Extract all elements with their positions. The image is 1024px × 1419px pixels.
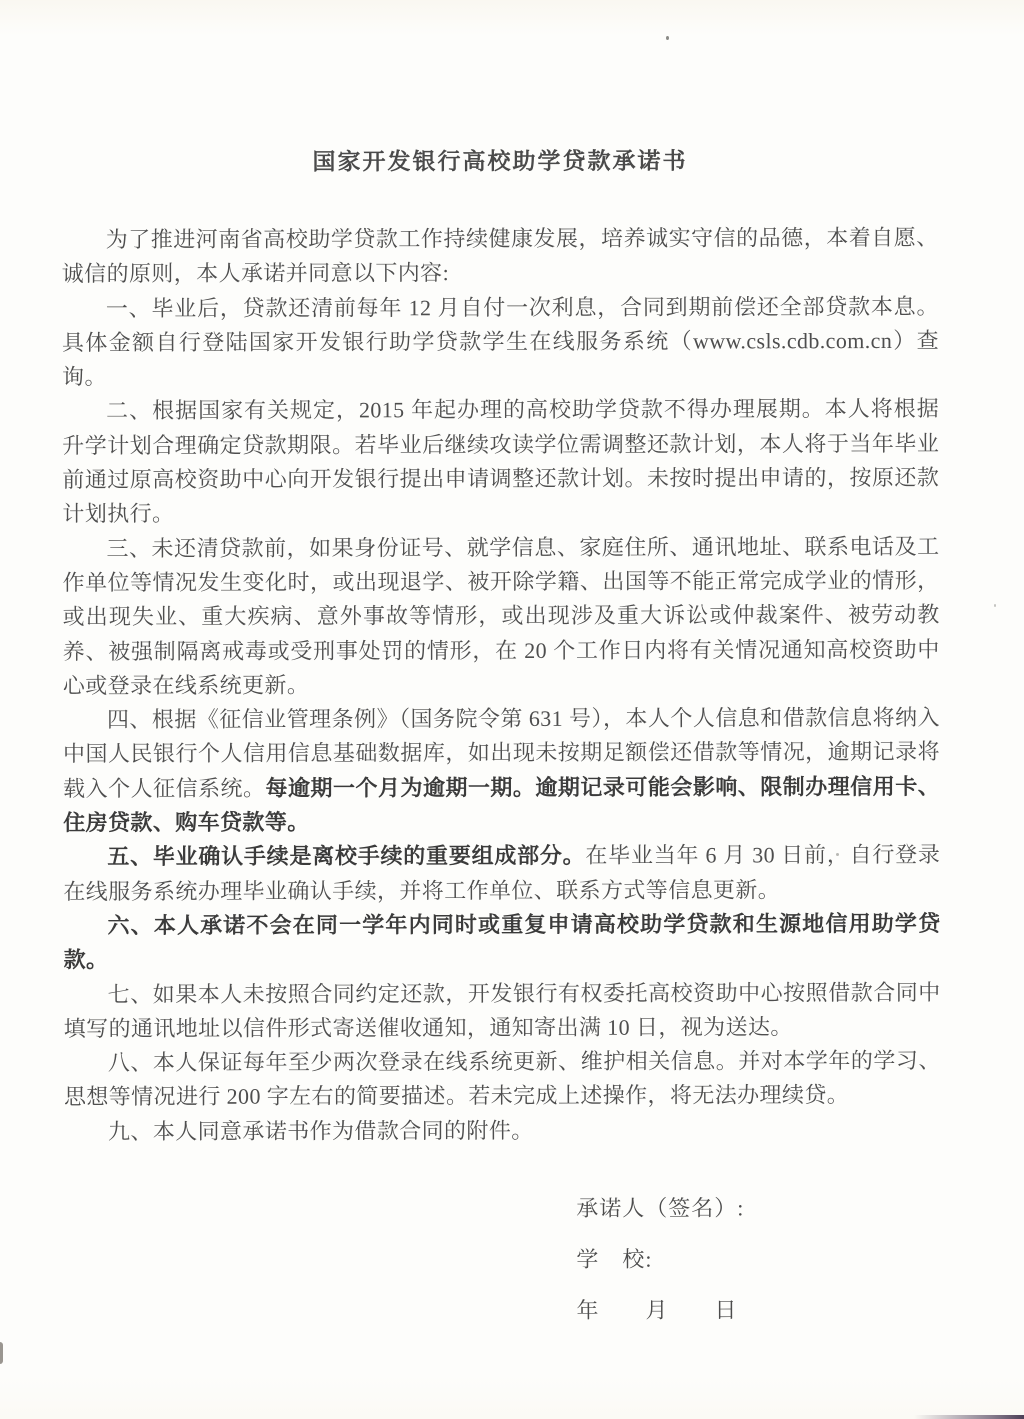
commitment-item: 一、毕业后，贷款还清前每年 12 月自付一次利息，合同到期前偿还全部贷款本息。具…	[62, 289, 939, 394]
scan-speck	[994, 604, 996, 607]
commitment-item: 五、毕业确认手续是离校手续的重要组成部分。在毕业当年 6 月 30 日前，自行登…	[63, 838, 940, 909]
commitment-item: 七、如果本人未按照合同约定还款，开发银行有权委托高校资助中心按照借款合同中填写的…	[64, 975, 941, 1046]
commitment-item: 六、本人承诺不会在同一学年内同时或重复申请高校助学贷款和生源地信用助学贷款。	[63, 907, 940, 978]
date-label: 年 月 日	[576, 1293, 941, 1328]
intro-paragraph: 为了推进河南省高校助学贷款工作持续健康发展，培养诚实守信的品德，本着自愿、诚信的…	[62, 221, 939, 292]
item-text: 九、本人同意承诺书作为借款合同的附件。	[108, 1118, 534, 1144]
item-text: 三、未还清贷款前，如果身份证号、就学信息、家庭住所、通讯地址、联系电话及工作单位…	[63, 534, 940, 698]
signature-block: 承诺人（签名）: 学 校: 年 月 日	[576, 1191, 941, 1328]
commitment-item: 九、本人同意承诺书作为借款合同的附件。	[64, 1113, 941, 1150]
scanned-document-page: 国家开发银行高校助学贷款承诺书 为了推进河南省高校助学贷款工作持续健康发展，培养…	[0, 0, 1024, 1419]
commitment-item: 八、本人保证每年至少两次登录在线系统更新、维护相关信息。并对本学年的学习、思想等…	[64, 1044, 941, 1115]
school-label: 学 校:	[576, 1242, 941, 1277]
scan-corner-artifact	[914, 1415, 1024, 1419]
commitment-item: 二、根据国家有关规定，2015 年起办理的高校助学贷款不得办理展期。本人将根据升…	[62, 392, 939, 531]
scan-speck	[836, 853, 839, 856]
item-text: 一、毕业后，贷款还清前每年 12 月自付一次利息，合同到期前偿还全部贷款本息。具…	[62, 293, 939, 389]
scan-edge-mark	[0, 1342, 3, 1364]
commitment-item: 四、根据《征信业管理条例》（国务院令第 631 号），本人个人信息和借款信息将纳…	[63, 701, 940, 840]
item-text-bold: 六、本人承诺不会在同一学年内同时或重复申请高校助学贷款和生源地信用助学贷款。	[64, 911, 941, 973]
scan-speck	[666, 36, 669, 40]
items-container: 一、毕业后，贷款还清前每年 12 月自付一次利息，合同到期前偿还全部贷款本息。具…	[62, 289, 941, 1149]
item-text: 二、根据国家有关规定，2015 年起办理的高校助学贷款不得办理展期。本人将根据升…	[62, 396, 939, 526]
document-title: 国家开发银行高校助学贷款承诺书	[61, 142, 938, 177]
document-content: 国家开发银行高校助学贷款承诺书 为了推进河南省高校助学贷款工作持续健康发展，培养…	[61, 142, 941, 1346]
commitment-item: 三、未还清贷款前，如果身份证号、就学信息、家庭住所、通讯地址、联系电话及工作单位…	[62, 530, 939, 704]
signer-label: 承诺人（签名）:	[576, 1191, 941, 1226]
item-text: 七、如果本人未按照合同约定还款，开发银行有权委托高校资助中心按照借款合同中填写的…	[64, 979, 941, 1041]
item-text: 八、本人保证每年至少两次登录在线系统更新、维护相关信息。并对本学年的学习、思想等…	[64, 1048, 941, 1110]
item-text-bold: 五、毕业确认手续是离校手续的重要组成部分。	[107, 843, 585, 869]
